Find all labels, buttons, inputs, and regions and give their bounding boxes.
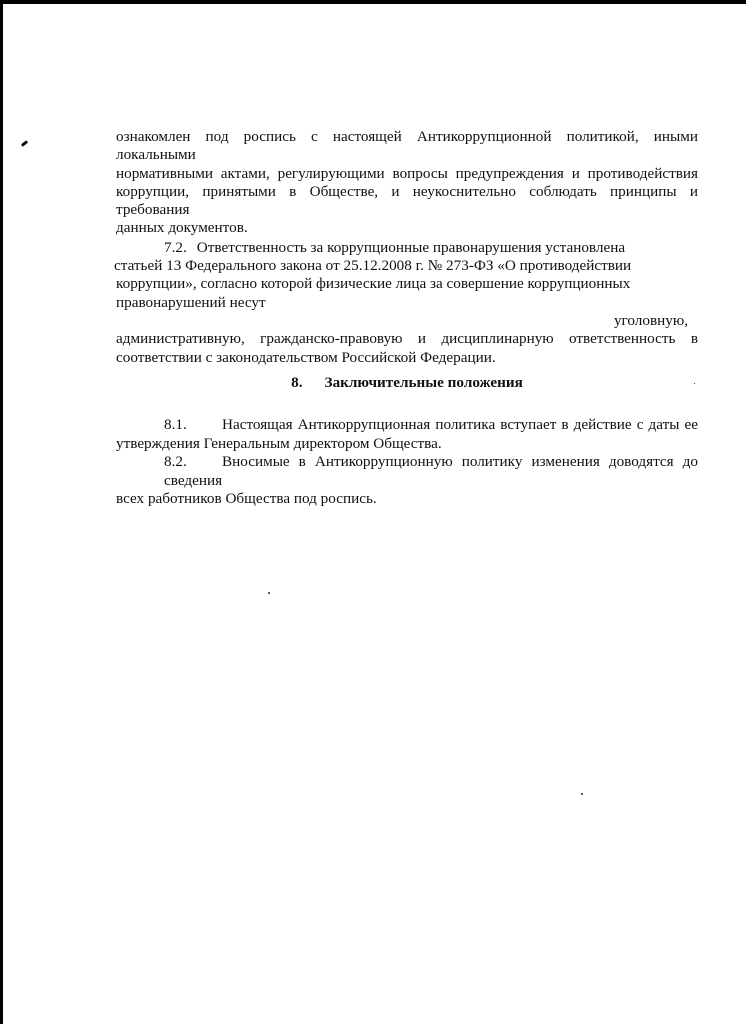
pen-mark: [21, 140, 28, 147]
text-line: нормативными актами, регулирующими вопро…: [116, 165, 698, 183]
text-line: административную, гражданско-правовую и …: [116, 330, 698, 348]
clause-text: утверждения Генеральным директором Общес…: [116, 435, 698, 454]
text-line: коррупции, принятыми в Обществе, и неуко…: [116, 183, 698, 220]
section-number: 8.: [291, 374, 302, 391]
section-heading: 8.Заключительные положения: [116, 374, 698, 392]
text-line: соответствии с законодательством Российс…: [116, 349, 698, 367]
scan-border-left: [0, 0, 3, 1024]
clause-first-line: 8.2.Вносимые в Антикоррупционную политик…: [116, 453, 698, 490]
clause-text: Настоящая Антикоррупционная политика вст…: [222, 416, 698, 433]
section-title: Заключительные положения: [325, 374, 523, 391]
clause-first-line: 8.1.Настоящая Антикоррупционная политика…: [116, 416, 698, 435]
clause-8-1: 8.1.Настоящая Антикоррупционная политика…: [116, 416, 698, 453]
text-line: данных документов.: [116, 219, 698, 237]
text-line: ознакомлен под роспись с настоящей Антик…: [116, 128, 698, 165]
clause-first-line: 7.2.Ответственность за коррупционные пра…: [116, 239, 698, 257]
scan-speck: [268, 592, 270, 594]
document-page: ознакомлен под роспись с настоящей Антик…: [116, 128, 698, 367]
clause-text: Вносимые в Антикоррупционную политику из…: [164, 453, 698, 489]
text-line: коррупции», согласно которой физические …: [116, 275, 698, 293]
text-line: статьей 13 Федерального закона от 25.12.…: [114, 257, 698, 275]
scan-border-top: [0, 0, 746, 4]
clause-number: 8.2.: [164, 453, 222, 472]
text-line: уголовную,: [116, 312, 698, 330]
scan-speck: [581, 793, 583, 795]
section-8-body: 8.1.Настоящая Антикоррупционная политика…: [116, 416, 698, 509]
clause-number: 7.2.: [164, 239, 187, 257]
clause-number: 8.1.: [164, 416, 222, 435]
continuation-paragraph: ознакомлен под роспись с настоящей Антик…: [116, 128, 698, 238]
text-line: правонарушений несут: [116, 294, 698, 312]
text-line: Ответственность за коррупционные правона…: [197, 239, 625, 256]
clause-8-2: 8.2.Вносимые в Антикоррупционную политик…: [116, 453, 698, 509]
clause-text: всех работников Общества под роспись.: [116, 490, 698, 509]
clause-7-2: 7.2.Ответственность за коррупционные пра…: [116, 239, 698, 367]
